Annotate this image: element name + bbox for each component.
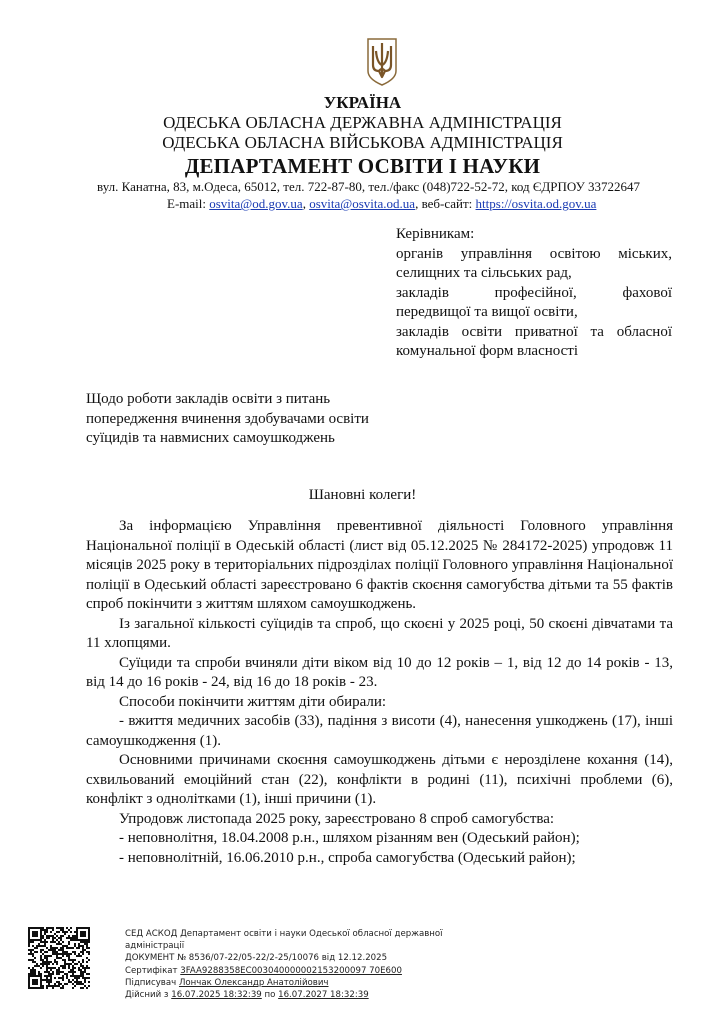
subject-line: попередження вчинення здобувачами освіти — [86, 410, 446, 430]
military-administration-heading: ОДЕСЬКА ОБЛАСНА ВІЙСЬКОВА АДМІНІСТРАЦІЯ — [0, 133, 725, 153]
body-paragraph: - вжиття медичних засобів (33), падіння … — [86, 712, 673, 751]
stamp-certificate-line: Сертифікат 3FAA9288358EC0030400000021532… — [125, 965, 445, 977]
state-administration-heading: ОДЕСЬКА ОБЛАСНА ДЕРЖАВНА АДМІНІСТРАЦІЯ — [0, 113, 725, 133]
subject-line: суїцидів та навмисних самоушкоджень — [86, 429, 446, 449]
country-heading: УКРАЇНА — [0, 93, 725, 113]
department-heading: ДЕПАРТАМЕНТ ОСВІТИ І НАУКИ — [0, 154, 725, 179]
website-label: , веб-сайт: — [415, 196, 475, 211]
body-paragraph: За інформацією Управління превентивної д… — [86, 517, 673, 615]
addressee-block: Керівникам: органів управління освітою м… — [396, 225, 672, 362]
stamp-document-line: ДОКУМЕНТ № 8536/07-22/05-22/2-25/10076 в… — [125, 952, 445, 964]
signer-label: Підписувач — [125, 978, 179, 988]
subject-line: Щодо роботи закладів освіти з питань — [86, 390, 446, 410]
contacts-line: E-mail: osvita@od.gov.ua, osvita@osvita.… — [167, 195, 725, 212]
stamp-signer-line: Підписувач Лончак Олександр Анатолійович — [125, 977, 445, 989]
addressee-line: селищних та сільських рад, — [396, 264, 672, 284]
addressee-line: закладів освіти приватної та обласної — [396, 323, 672, 343]
addressee-line: закладів професійної, фахової — [396, 284, 672, 304]
valid-from: 16.07.2025 18:32:39 — [171, 990, 262, 1000]
body-paragraph: Способи покінчити життям діти обирали: — [86, 693, 673, 713]
body-paragraph: Упродовж листопада 2025 року, зареєстров… — [86, 810, 673, 830]
addressee-line: передвищої та вищої освіти, — [396, 303, 672, 323]
addressee-line: Керівникам: — [396, 225, 672, 245]
body-paragraph: - неповнолітній, 16.06.2010 р.н., спроба… — [86, 849, 673, 869]
letter-subject: Щодо роботи закладів освіти з питань поп… — [86, 390, 446, 449]
email-link-1[interactable]: osvita@od.gov.ua — [209, 196, 302, 211]
certificate-label: Сертифікат — [125, 966, 180, 976]
qr-code-icon — [28, 927, 90, 989]
signer-name: Лончак Олександр Анатолійович — [179, 978, 329, 988]
valid-label: Дійсний з — [125, 990, 171, 1000]
address-line: вул. Канатна, 83, м.Одеса, 65012, тел. 7… — [97, 178, 717, 195]
email-link-2[interactable]: osvita@osvita.od.ua — [309, 196, 415, 211]
stamp-system-line: СЕД АСКОД Департамент освіти і науки Оде… — [125, 928, 445, 952]
body-paragraph: Основними причинами скоєння самоушкоджен… — [86, 751, 673, 810]
valid-to-label: по — [262, 990, 278, 1000]
valid-to: 16.07.2027 18:32:39 — [278, 990, 369, 1000]
email-label: E-mail: — [167, 196, 209, 211]
letter-body: За інформацією Управління превентивної д… — [86, 517, 673, 868]
website-link[interactable]: https://osvita.od.gov.ua — [476, 196, 597, 211]
greeting: Шановні колеги! — [0, 487, 725, 504]
body-paragraph: Із загальної кількості суїцидів та спроб… — [86, 615, 673, 654]
body-paragraph: - неповнолітня, 18.04.2008 р.н., шляхом … — [86, 829, 673, 849]
addressee-line: органів управління освітою міських, — [396, 245, 672, 265]
certificate-value: 3FAA9288358EC003040000002153200097 70E60… — [180, 966, 402, 976]
e-signature-stamp: СЕД АСКОД Департамент освіти і науки Оде… — [125, 928, 445, 1001]
body-paragraph: Суїциди та спроби вчиняли діти віком від… — [86, 654, 673, 693]
trident-coat-of-arms-icon — [365, 37, 399, 87]
addressee-line: комунальної форм власності — [396, 342, 672, 362]
stamp-validity-line: Дійсний з 16.07.2025 18:32:39 по 16.07.2… — [125, 989, 445, 1001]
